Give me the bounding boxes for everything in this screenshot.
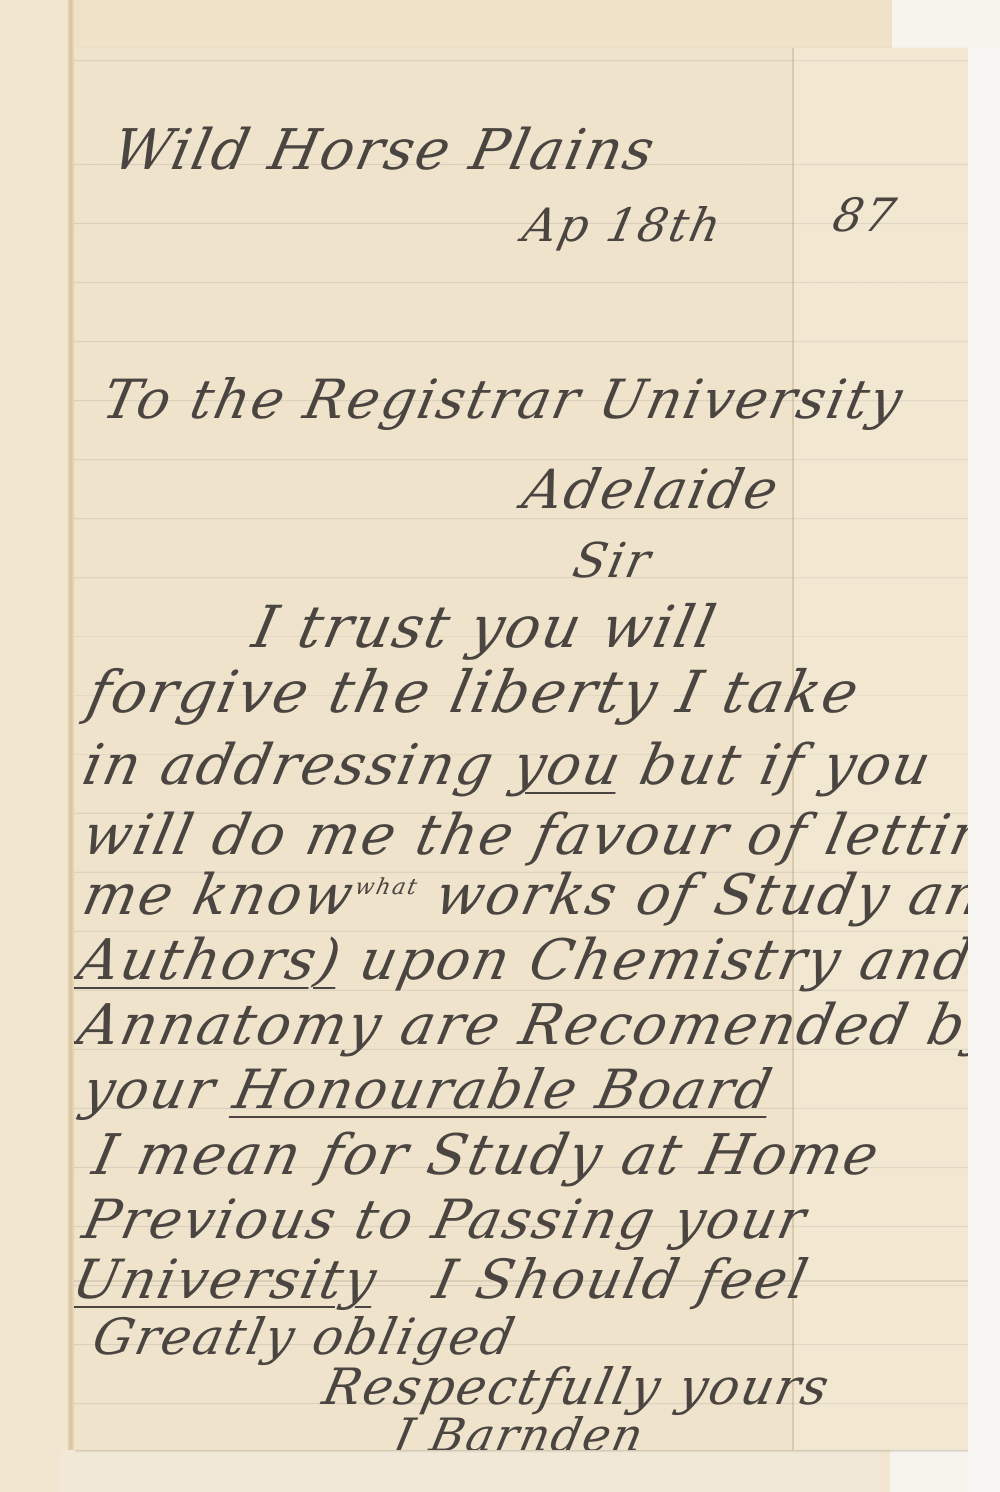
body-text: your bbox=[77, 1058, 241, 1121]
body-line-5: me knowwhat works of Study and bbox=[77, 863, 968, 928]
addressee-line-1: To the Registrar University bbox=[97, 368, 909, 431]
body-text: me know bbox=[77, 863, 361, 928]
body-line-10: Previous to Passing your bbox=[77, 1188, 813, 1251]
background-edge bbox=[968, 48, 1000, 1492]
body-line-7: Annatomy are Recomended by bbox=[74, 993, 968, 1058]
body-text: I Should feel bbox=[370, 1248, 815, 1311]
body-line-4: will do me the favour of letting bbox=[77, 803, 968, 868]
letter-date: Ap 18th bbox=[518, 198, 727, 252]
body-text: but if you bbox=[614, 733, 938, 798]
body-text: works of Study and bbox=[410, 863, 968, 928]
body-line-8: your Honourable Board bbox=[77, 1058, 779, 1121]
body-line-6: Authors) upon Chemistry and bbox=[74, 928, 968, 993]
underlined-text: Honourable Board bbox=[228, 1058, 779, 1121]
body-line-9: I mean for Study at Home bbox=[87, 1123, 886, 1188]
letter-year: 87 bbox=[828, 188, 902, 242]
underlined-text: University bbox=[74, 1248, 384, 1311]
inserted-word: what bbox=[353, 875, 421, 900]
body-line-2: forgive the liberty I take bbox=[82, 658, 867, 726]
body-line-11: University I Should feel bbox=[74, 1248, 815, 1311]
body-line-3: in addressing you but if you bbox=[77, 733, 938, 798]
body-line-1: I trust you will bbox=[247, 593, 723, 661]
underlying-page-top bbox=[74, 0, 892, 49]
underlined-text: Authors) bbox=[74, 928, 348, 993]
letter-sheet: Wild Horse Plains Ap 18th 87 To the Regi… bbox=[74, 48, 968, 1450]
addressee-line-2: Adelaide bbox=[517, 458, 785, 521]
signature: J Barnden bbox=[388, 1408, 650, 1450]
letter-place: Wild Horse Plains bbox=[107, 118, 662, 183]
body-text: in addressing bbox=[77, 733, 521, 798]
underlying-page-bottom bbox=[60, 1450, 880, 1492]
body-text: upon Chemistry and bbox=[334, 928, 968, 993]
salutation: Sir bbox=[568, 533, 657, 589]
underlined-text: you bbox=[507, 733, 628, 798]
